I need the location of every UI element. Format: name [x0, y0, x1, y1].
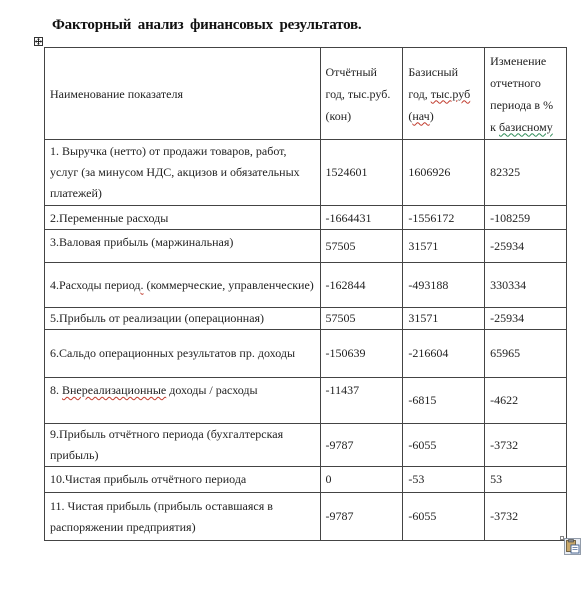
row-change-cell[interactable]: -3732	[485, 424, 567, 467]
row-base-cell[interactable]: 31571	[403, 308, 485, 330]
row-base-cell[interactable]: 1606926	[403, 140, 485, 206]
table-row: 3.Валовая прибыль (маржинальная) 57505 3…	[45, 230, 567, 263]
row-change-cell[interactable]: -3732	[485, 493, 567, 541]
spellcheck-word: тыс.руб	[431, 87, 470, 101]
row-change-cell[interactable]: -4622	[485, 378, 567, 424]
row-current-cell[interactable]: -9787	[320, 424, 403, 467]
move-arrows-icon	[35, 38, 42, 45]
row-base-cell[interactable]: 31571	[403, 230, 485, 263]
paste-options-button[interactable]	[560, 536, 582, 556]
table-row: 11. Чистая прибыль (прибыль оставшаяся в…	[45, 493, 567, 541]
header-change-percent[interactable]: Изменение отчетного периода в % к базисн…	[485, 48, 567, 140]
table-row: 8. Внереализационные доходы / расходы -1…	[45, 378, 567, 424]
table-row: 5.Прибыль от реализации (операционная) 5…	[45, 308, 567, 330]
grammar-check-word: базисному	[499, 120, 553, 134]
table-move-handle[interactable]	[34, 37, 43, 46]
table-row: 4.Расходы период. (коммерческие, управле…	[45, 263, 567, 308]
row-current-cell[interactable]: -162844	[320, 263, 403, 308]
row-current-cell[interactable]: -150639	[320, 330, 403, 378]
row-name-cell[interactable]: 10.Чистая прибыль отчётного периода	[45, 467, 321, 493]
row-change-cell[interactable]: -25934	[485, 230, 567, 263]
row-name-cell[interactable]: 8. Внереализационные доходы / расходы	[45, 378, 321, 424]
header-current-year[interactable]: Отчётный год, тыс.руб. (кон)	[320, 48, 403, 140]
row-name-cell[interactable]: 2.Переменные расходы	[45, 206, 321, 230]
table-row: 2.Переменные расходы -1664431 -1556172 -…	[45, 206, 567, 230]
spellcheck-word: Внереализационные	[62, 383, 166, 397]
row-current-cell[interactable]: 0	[320, 467, 403, 493]
row-current-cell[interactable]: 1524601	[320, 140, 403, 206]
row-current-cell[interactable]: -9787	[320, 493, 403, 541]
table-row: 6.Сальдо операционных результатов пр. до…	[45, 330, 567, 378]
table-row: 10.Чистая прибыль отчётного периода 0 -5…	[45, 467, 567, 493]
table-row: 9.Прибыль отчётного периода (бухгалтерск…	[45, 424, 567, 467]
row-name-cell[interactable]: 4.Расходы период. (коммерческие, управле…	[45, 263, 321, 308]
row-name-cell[interactable]: 6.Сальдо операционных результатов пр. до…	[45, 330, 321, 378]
row-base-cell[interactable]: -6815	[403, 378, 485, 424]
row-base-cell[interactable]: -6055	[403, 424, 485, 467]
row-current-cell[interactable]: 57505	[320, 230, 403, 263]
header-indicator-name[interactable]: Наименование показателя	[45, 48, 321, 140]
table-row: 1. Выручка (нетто) от продажи товаров, р…	[45, 140, 567, 206]
clipboard-paste-icon	[560, 536, 582, 556]
row-base-cell[interactable]: -6055	[403, 493, 485, 541]
document-title: Факторный анализ финансовых результатов.	[52, 17, 361, 34]
row-change-cell[interactable]: 330334	[485, 263, 567, 308]
row-name-cell[interactable]: 5.Прибыль от реализации (операционная)	[45, 308, 321, 330]
row-base-cell[interactable]: -53	[403, 467, 485, 493]
row-change-cell[interactable]: 82325	[485, 140, 567, 206]
header-base-year[interactable]: Базисный год, тыс.руб (нач)	[403, 48, 485, 140]
row-name-cell[interactable]: 11. Чистая прибыль (прибыль оставшаяся в…	[45, 493, 321, 541]
row-change-cell[interactable]: 53	[485, 467, 567, 493]
row-change-cell[interactable]: -25934	[485, 308, 567, 330]
header-row: Наименование показателя Отчётный год, ты…	[45, 48, 567, 140]
row-name-cell[interactable]: 1. Выручка (нетто) от продажи товаров, р…	[45, 140, 321, 206]
row-current-cell[interactable]: -11437	[320, 378, 403, 424]
row-base-cell[interactable]: -216604	[403, 330, 485, 378]
row-change-cell[interactable]: -108259	[485, 206, 567, 230]
row-change-cell[interactable]: 65965	[485, 330, 567, 378]
row-name-cell[interactable]: 3.Валовая прибыль (маржинальная)	[45, 230, 321, 263]
row-current-cell[interactable]: -1664431	[320, 206, 403, 230]
financial-results-table: Наименование показателя Отчётный год, ты…	[44, 47, 567, 541]
spellcheck-word: нач	[412, 109, 429, 123]
row-name-cell[interactable]: 9.Прибыль отчётного периода (бухгалтерск…	[45, 424, 321, 467]
row-base-cell[interactable]: -1556172	[403, 206, 485, 230]
row-current-cell[interactable]: 57505	[320, 308, 403, 330]
row-base-cell[interactable]: -493188	[403, 263, 485, 308]
